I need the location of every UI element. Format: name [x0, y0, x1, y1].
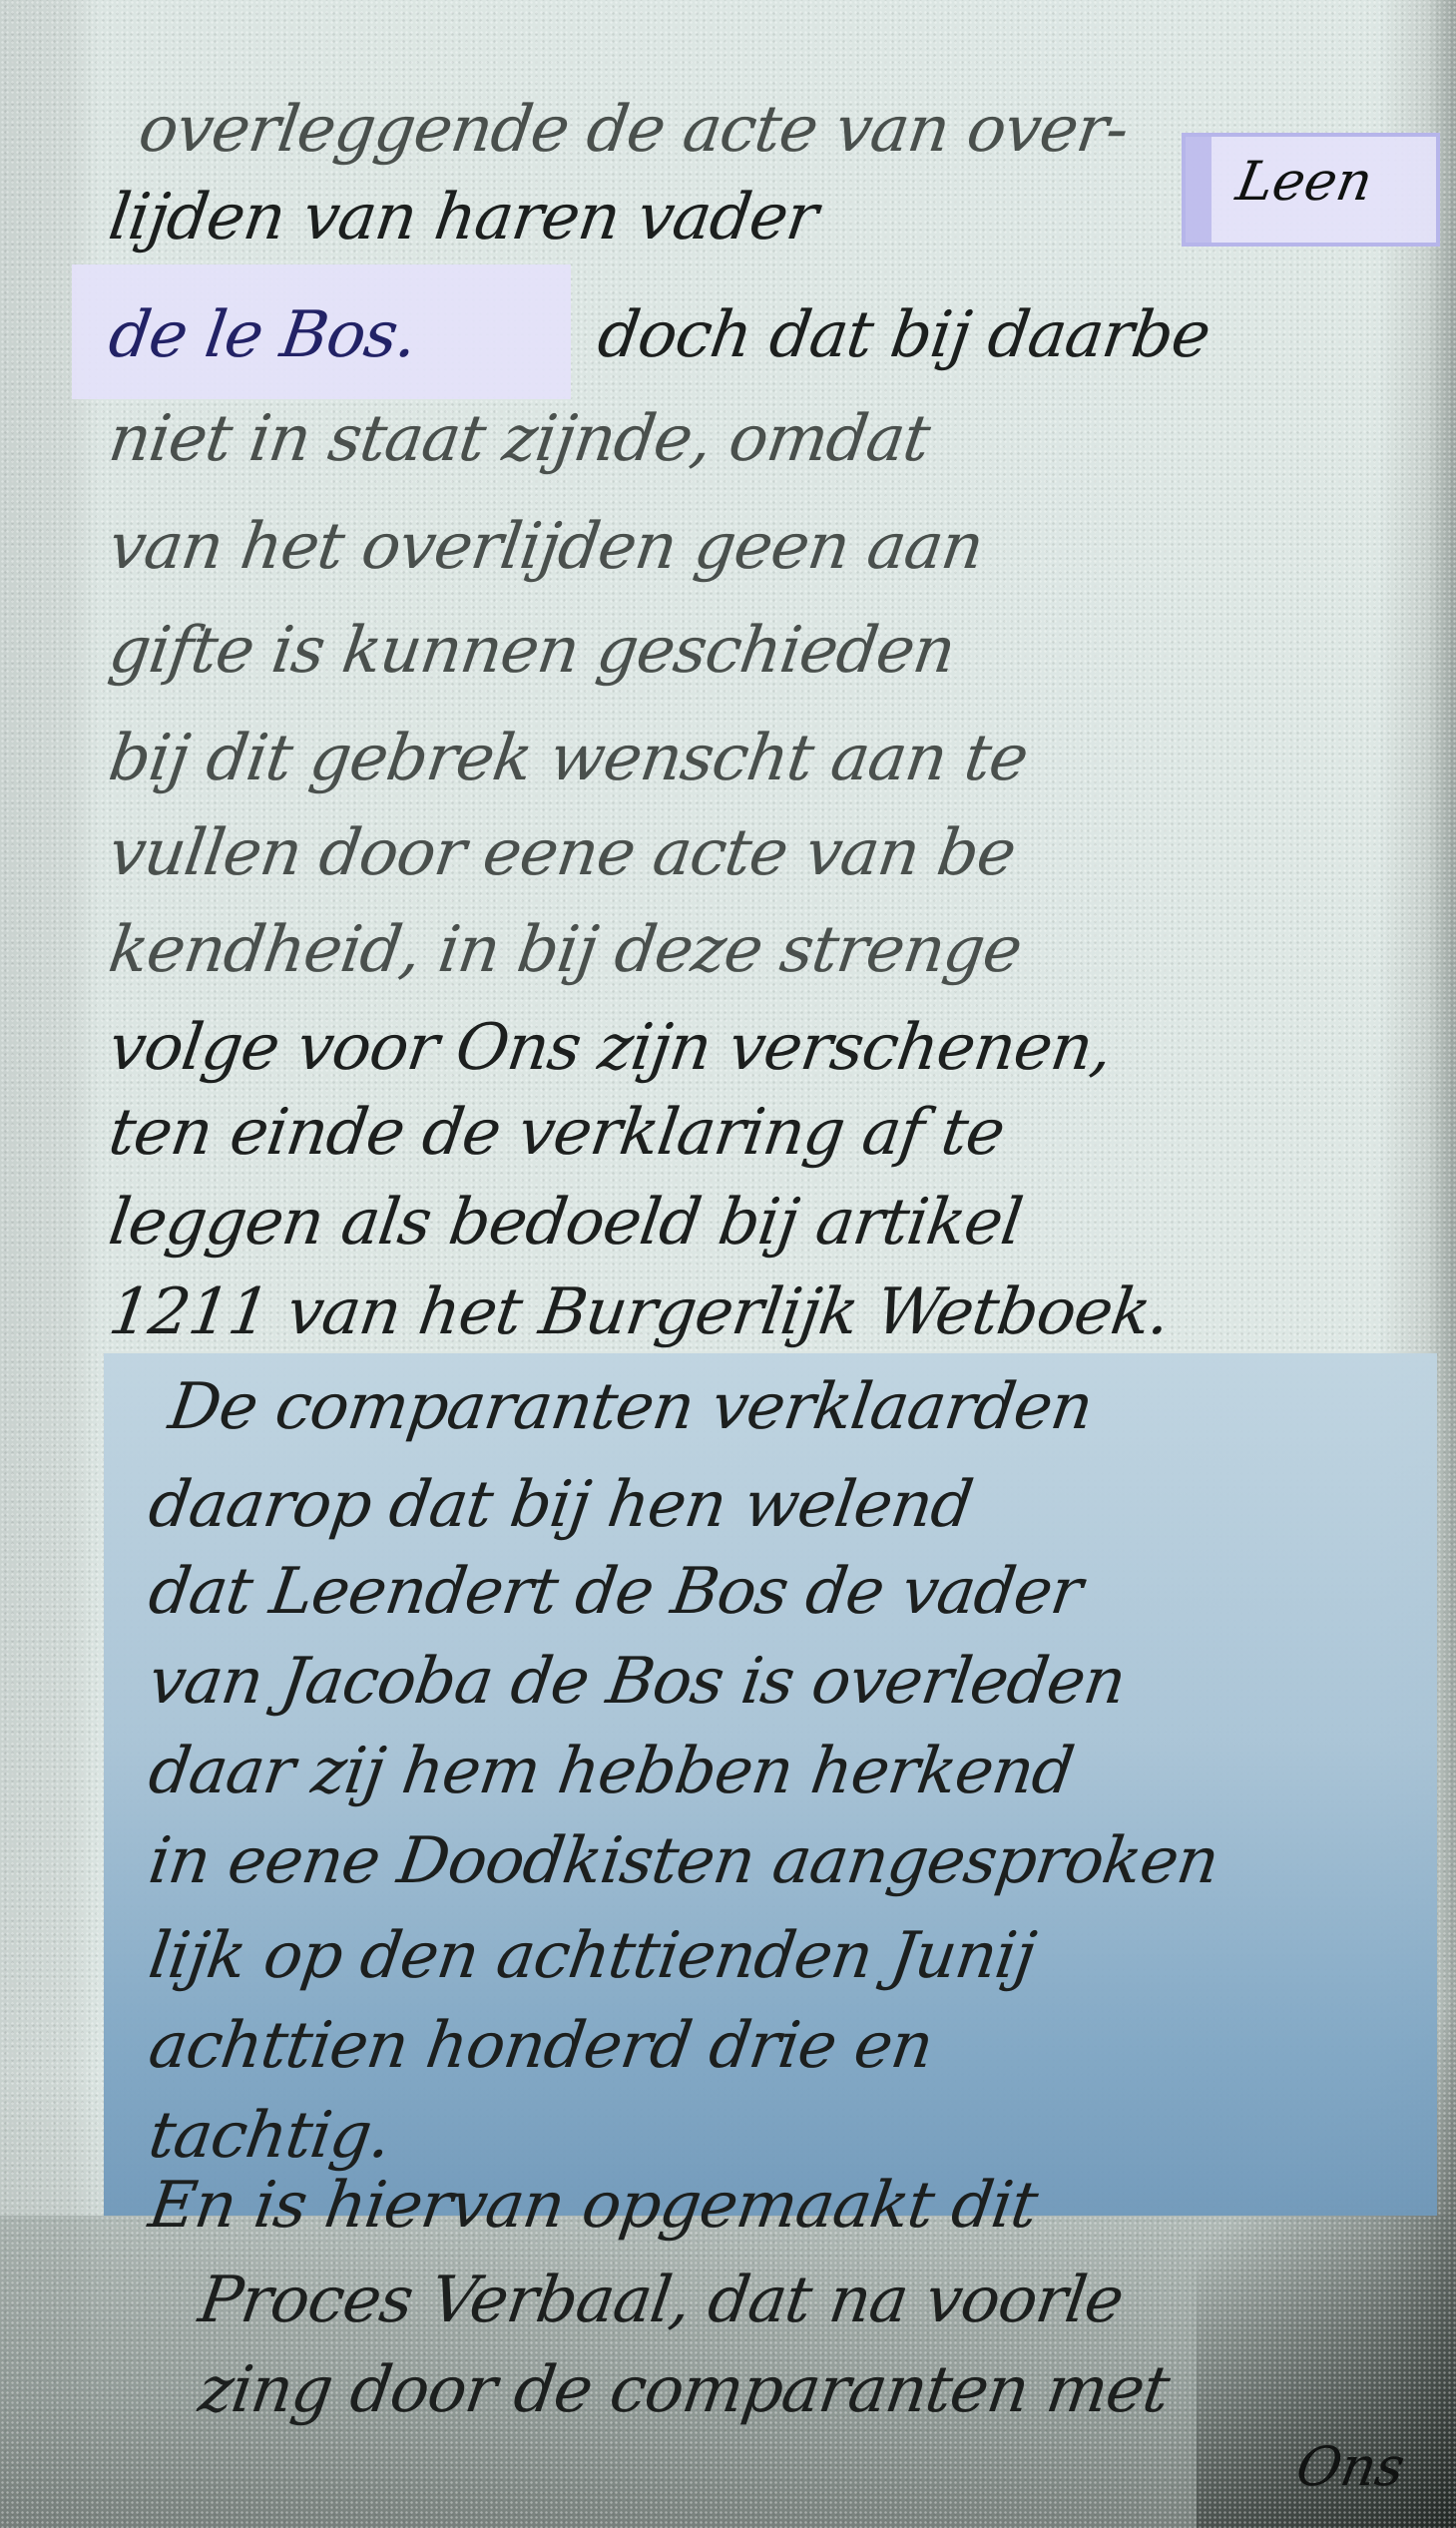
text-line-23: En is hiervan opgemaakt dit — [144, 2166, 1456, 2246]
text-line-20: lijk op den achttienden Junij — [144, 1916, 1456, 1996]
text-line-9: kendheid, in bij deze strenge — [104, 910, 1442, 990]
text-line-10: volge voor Ons zijn verschenen, — [104, 1008, 1442, 1088]
text-line-7: bij dit gebrek wenscht aan te — [104, 719, 1442, 798]
text-line-3-rest: doch dat bij daarbe — [593, 295, 1442, 375]
text-line-8: vullen door eene acte van be — [104, 813, 1442, 893]
highlighted-word-de-le-bos: de le Bos. — [105, 298, 421, 372]
text-line-11: ten einde de verklaring af te — [104, 1093, 1442, 1173]
text-line-16: dat Leendert de Bos de vader — [144, 1552, 1456, 1632]
text-line-4: niet in staat zijnde, omdat — [104, 399, 1442, 479]
text-line-6: gifte is kunnen geschieden — [104, 611, 1442, 691]
text-line-22: tachtig. — [144, 2096, 1456, 2176]
text-line-24: Proces Verbaal, dat na voorle — [194, 2261, 1456, 2340]
text-line-19: in eene Doodkisten aangesproken — [144, 1821, 1456, 1901]
text-line-15: daarop dat bij hen welend — [144, 1465, 1456, 1545]
text-line-5: van het overlijden geen aan — [104, 507, 1442, 587]
text-line-25: zing door de comparanten met — [194, 2350, 1456, 2430]
text-line-14: De comparanten verklaarden — [164, 1367, 1456, 1447]
highlighted-word-leen: Leen — [1231, 150, 1377, 213]
text-line-12: leggen als bedoeld bij artikel — [104, 1183, 1442, 1263]
text-line-21: achttien honderd drie en — [144, 2006, 1456, 2086]
document-page: overleggende de acte van over- lijden va… — [0, 0, 1456, 2528]
text-line-18: daar zij hem hebben herkend — [144, 1732, 1456, 1811]
text-line-13: 1211 van het Burgerlijk Wetboek. — [104, 1272, 1442, 1352]
signature-mark: Ons — [1291, 2435, 1409, 2498]
text-line-17: van Jacoba de Bos is overleden — [144, 1642, 1456, 1722]
